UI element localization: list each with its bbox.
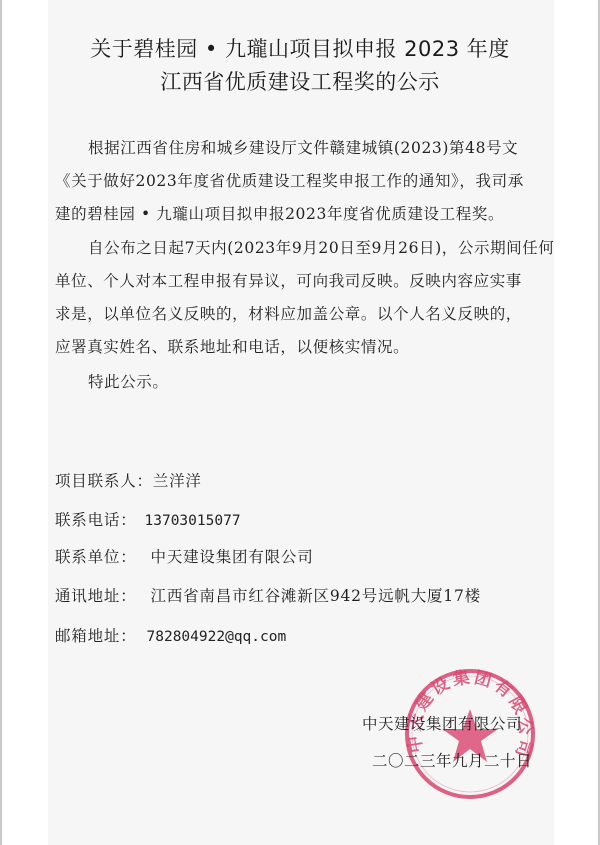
contact-unit-value: 中天建设集团有限公司: [151, 545, 314, 567]
document-title-line-2: 江西省优质建设工程奖的公示: [0, 66, 600, 96]
paragraph-2-line-1: 自公布之日起7天内(2023年9月20日至9月26日)，公示期间任何: [88, 236, 554, 258]
contact-person-value: 兰洋洋: [153, 469, 202, 491]
signature-company: 中天建设集团有限公司: [362, 712, 522, 734]
contact-phone-row: 联系电话：13703015077: [55, 508, 241, 530]
contact-email-value: 782804922@qq.com: [147, 629, 287, 645]
contact-phone-value: 13703015077: [145, 513, 241, 529]
contact-person-label: 项目联系人：: [55, 472, 153, 490]
company-seal-icon: 中天建设集团有限公司: [403, 667, 537, 801]
paragraph-2-line-3: 求是，以单位名义反映的，材料应加盖公章。以个人名义反映的，: [55, 302, 522, 324]
paragraph-2-line-4: 应署真实姓名、联系地址和电话，以便核实情况。: [55, 335, 409, 357]
contact-address-row: 通讯地址：江西省南昌市红谷滩新区942号远帆大厦17楼: [55, 584, 481, 606]
paragraph-2-line-2: 单位、个人对本工程申报有异议，可向我司反映。反映内容应实事: [55, 269, 522, 291]
paragraph-1-line-2: 《关于做好2023年度省优质建设工程奖申报工作的通知》，我司承: [55, 169, 524, 191]
image-border-left: [0, 0, 2, 845]
paragraph-1-line-3: 建的碧桂园 • 九瓏山项目拟申报2023年度省优质建设工程奖。: [55, 202, 504, 224]
signature-date: 二〇二三年九月二十日: [372, 749, 532, 771]
contact-unit-label: 联系单位：: [55, 548, 137, 566]
contact-address-value: 江西省南昌市红谷滩新区942号远帆大厦17楼: [151, 584, 481, 606]
closing-text: 特此公示。: [88, 370, 169, 392]
contact-unit-row: 联系单位：中天建设集团有限公司: [55, 545, 314, 567]
contact-person-row: 项目联系人：兰洋洋: [55, 469, 202, 491]
contact-address-label: 通讯地址：: [55, 587, 137, 605]
contact-email-row: 邮箱地址：782804922@qq.com: [55, 624, 286, 646]
paragraph-1-line-1: 根据江西省住房和城乡建设厅文件赣建城镇(2023)第48号文: [88, 136, 518, 158]
contact-email-label: 邮箱地址：: [55, 627, 137, 645]
document-title-line-1: 关于碧桂园 • 九瓏山项目拟申报 2023 年度: [0, 33, 600, 63]
contact-phone-label: 联系电话：: [55, 511, 137, 529]
